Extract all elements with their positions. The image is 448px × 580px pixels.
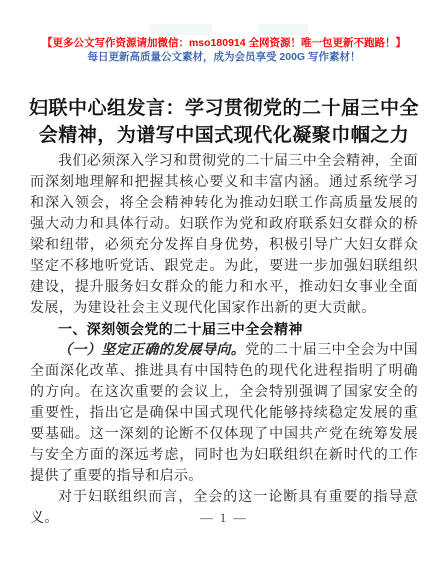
advertisement-line-1: 【更多公文写作资源请加微信：mso180914 全网资源！唯一包更新不跑路！】 (0, 36, 448, 50)
page-number: — 1 — (0, 511, 448, 526)
document-page: 【更多公文写作资源请加微信：mso180914 全网资源！唯一包更新不跑路！】 … (0, 0, 448, 580)
paragraph-section-1-text: 党的二十届三中全会为中国全面深化改革、推进具有中国特色的现代化进程指明了明确的方… (30, 343, 418, 484)
faint-watermark-artifact (150, 24, 212, 35)
section-heading-1: 一、深刻领会党的二十届三中全会精神 (30, 319, 418, 340)
paragraph-intro: 我们必须深入学习和贯彻党的二十届三中全会精神，全面而深刻地理解和把握其核心要义和… (30, 151, 418, 319)
paragraph-section-1: （一）坚定正确的发展导向。党的二十届三中全会为中国全面深化改革、推进具有中国特色… (30, 340, 418, 487)
document-title-line-2: 会精神，为谱写中国式现代化凝聚巾帼之力 (0, 122, 448, 149)
advertisement-line-2: 每日更新高质量公文素材，成为会员享受 200G 写作素材！ (0, 50, 448, 64)
document-title: 妇联中心组发言：学习贯彻党的二十届三中全 会精神，为谱写中国式现代化凝聚巾帼之力 (0, 95, 448, 149)
advertisement-banner: 【更多公文写作资源请加微信：mso180914 全网资源！唯一包更新不跑路！】 … (0, 0, 448, 64)
document-title-line-1: 妇联中心组发言：学习贯彻党的二十届三中全 (0, 95, 448, 122)
document-body: 我们必须深入学习和贯彻党的二十届三中全会精神，全面而深刻地理解和把握其核心要义和… (30, 151, 418, 529)
paragraph-section-1-lead: （一）坚定正确的发展导向。 (58, 343, 245, 358)
faint-watermark-artifact (258, 24, 308, 35)
